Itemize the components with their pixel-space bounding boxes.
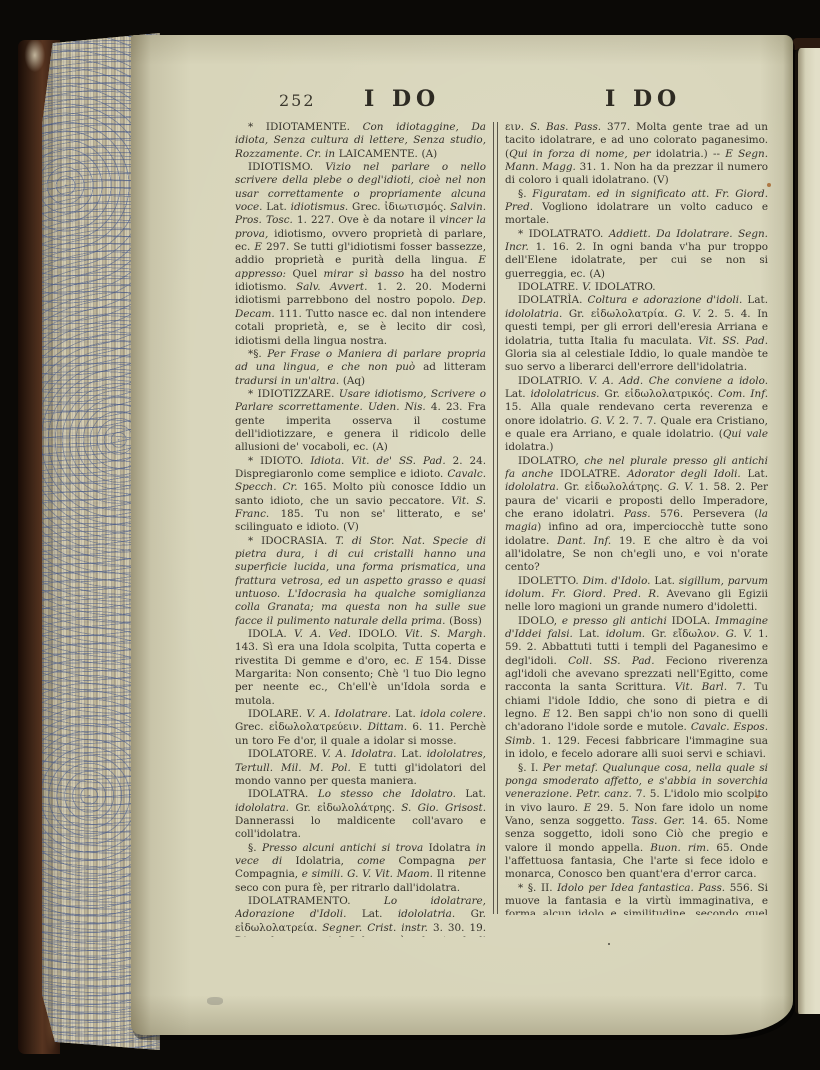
dictionary-entry: IDIOTISMO. Vizio nel parlare o nello scr… [235, 161, 486, 348]
dictionary-entry: IDOLATRE. V. IDOLATRO. [505, 281, 768, 294]
book-scan: 252 I DO I DO * IDIOTAMENTE. Con idiotag… [0, 0, 820, 1070]
dictionary-entry: IDOLATORE. V. A. Idolatra. Lat. idololat… [235, 748, 486, 788]
dictionary-entry: IDOLA. V. A. Ved. IDOLO. Vit. S. Margh. … [235, 628, 486, 708]
page-number: 252 [279, 91, 316, 110]
dictionary-entry: * IDIOTO. Idiota. Vit. de' SS. Pad. 2. 2… [235, 455, 486, 535]
dictionary-entry: IDOLATRO, che nel plurale presso gli ant… [505, 455, 768, 575]
dictionary-entry: ειν. S. Bas. Pass. 377. Molta gente trae… [505, 121, 768, 188]
dictionary-entry: §. Presso alcuni antichi si trova Idolat… [235, 842, 486, 895]
dictionary-entry: §. I. Per metaf. Qualunque cosa, nella q… [505, 762, 768, 882]
column-right: ειν. S. Bas. Pass. 377. Molta gente trae… [505, 121, 768, 915]
paper-stain [608, 943, 610, 945]
dictionary-entry: * IDIOTAMENTE. Con idiotaggine, Da idiot… [235, 121, 486, 161]
column-left: * IDIOTAMENTE. Con idiotaggine, Da idiot… [235, 121, 486, 937]
dictionary-entry: IDOLATRAMENTO. Lo idolatrare, Adorazione… [235, 895, 486, 937]
paper-stain [756, 795, 759, 798]
dictionary-entry: IDOLATRA. Lo stesso che Idolatro. Lat. i… [235, 788, 486, 841]
dictionary-entry: IDOLARE. V. A. Idolatrare. Lat. idola co… [235, 708, 486, 748]
paper-stain [207, 997, 223, 1005]
running-head-left: I DO [364, 86, 440, 112]
paper-stain [767, 183, 771, 187]
dictionary-entry: * §. II. Idolo per Idea fantastica. Pass… [505, 882, 768, 915]
dictionary-entry: IDOLATRIO. V. A. Add. Che conviene a ido… [505, 375, 768, 455]
dictionary-entry: * IDIOTIZZARE. Usare idiotismo, Scrivere… [235, 388, 486, 455]
dictionary-entry: IDOLO, e presso gli antichi IDOLA. Immag… [505, 615, 768, 762]
dictionary-entry: IDOLETTO. Dim. d'Idolo. Lat. sigillum, p… [505, 575, 768, 615]
dictionary-entry: §. Figuratam. ed in significato att. Fr.… [505, 188, 768, 228]
next-page-edge [795, 48, 820, 1014]
dictionary-entry: IDOLATRÌA. Coltura e adorazione d'idoli.… [505, 294, 768, 374]
book-page: 252 I DO I DO * IDIOTAMENTE. Con idiotag… [131, 35, 793, 1035]
column-divider [493, 122, 498, 914]
running-head-right: I DO [605, 86, 681, 112]
dictionary-entry: * IDOLATRATO. Addiett. Da Idolatrare. Se… [505, 228, 768, 281]
dictionary-entry: *§. Per Frase o Maniera di parlare propr… [235, 348, 486, 388]
paper-stain [431, 95, 433, 97]
dictionary-entry: * IDOCRASIA. T. di Stor. Nat. Specie di … [235, 535, 486, 628]
